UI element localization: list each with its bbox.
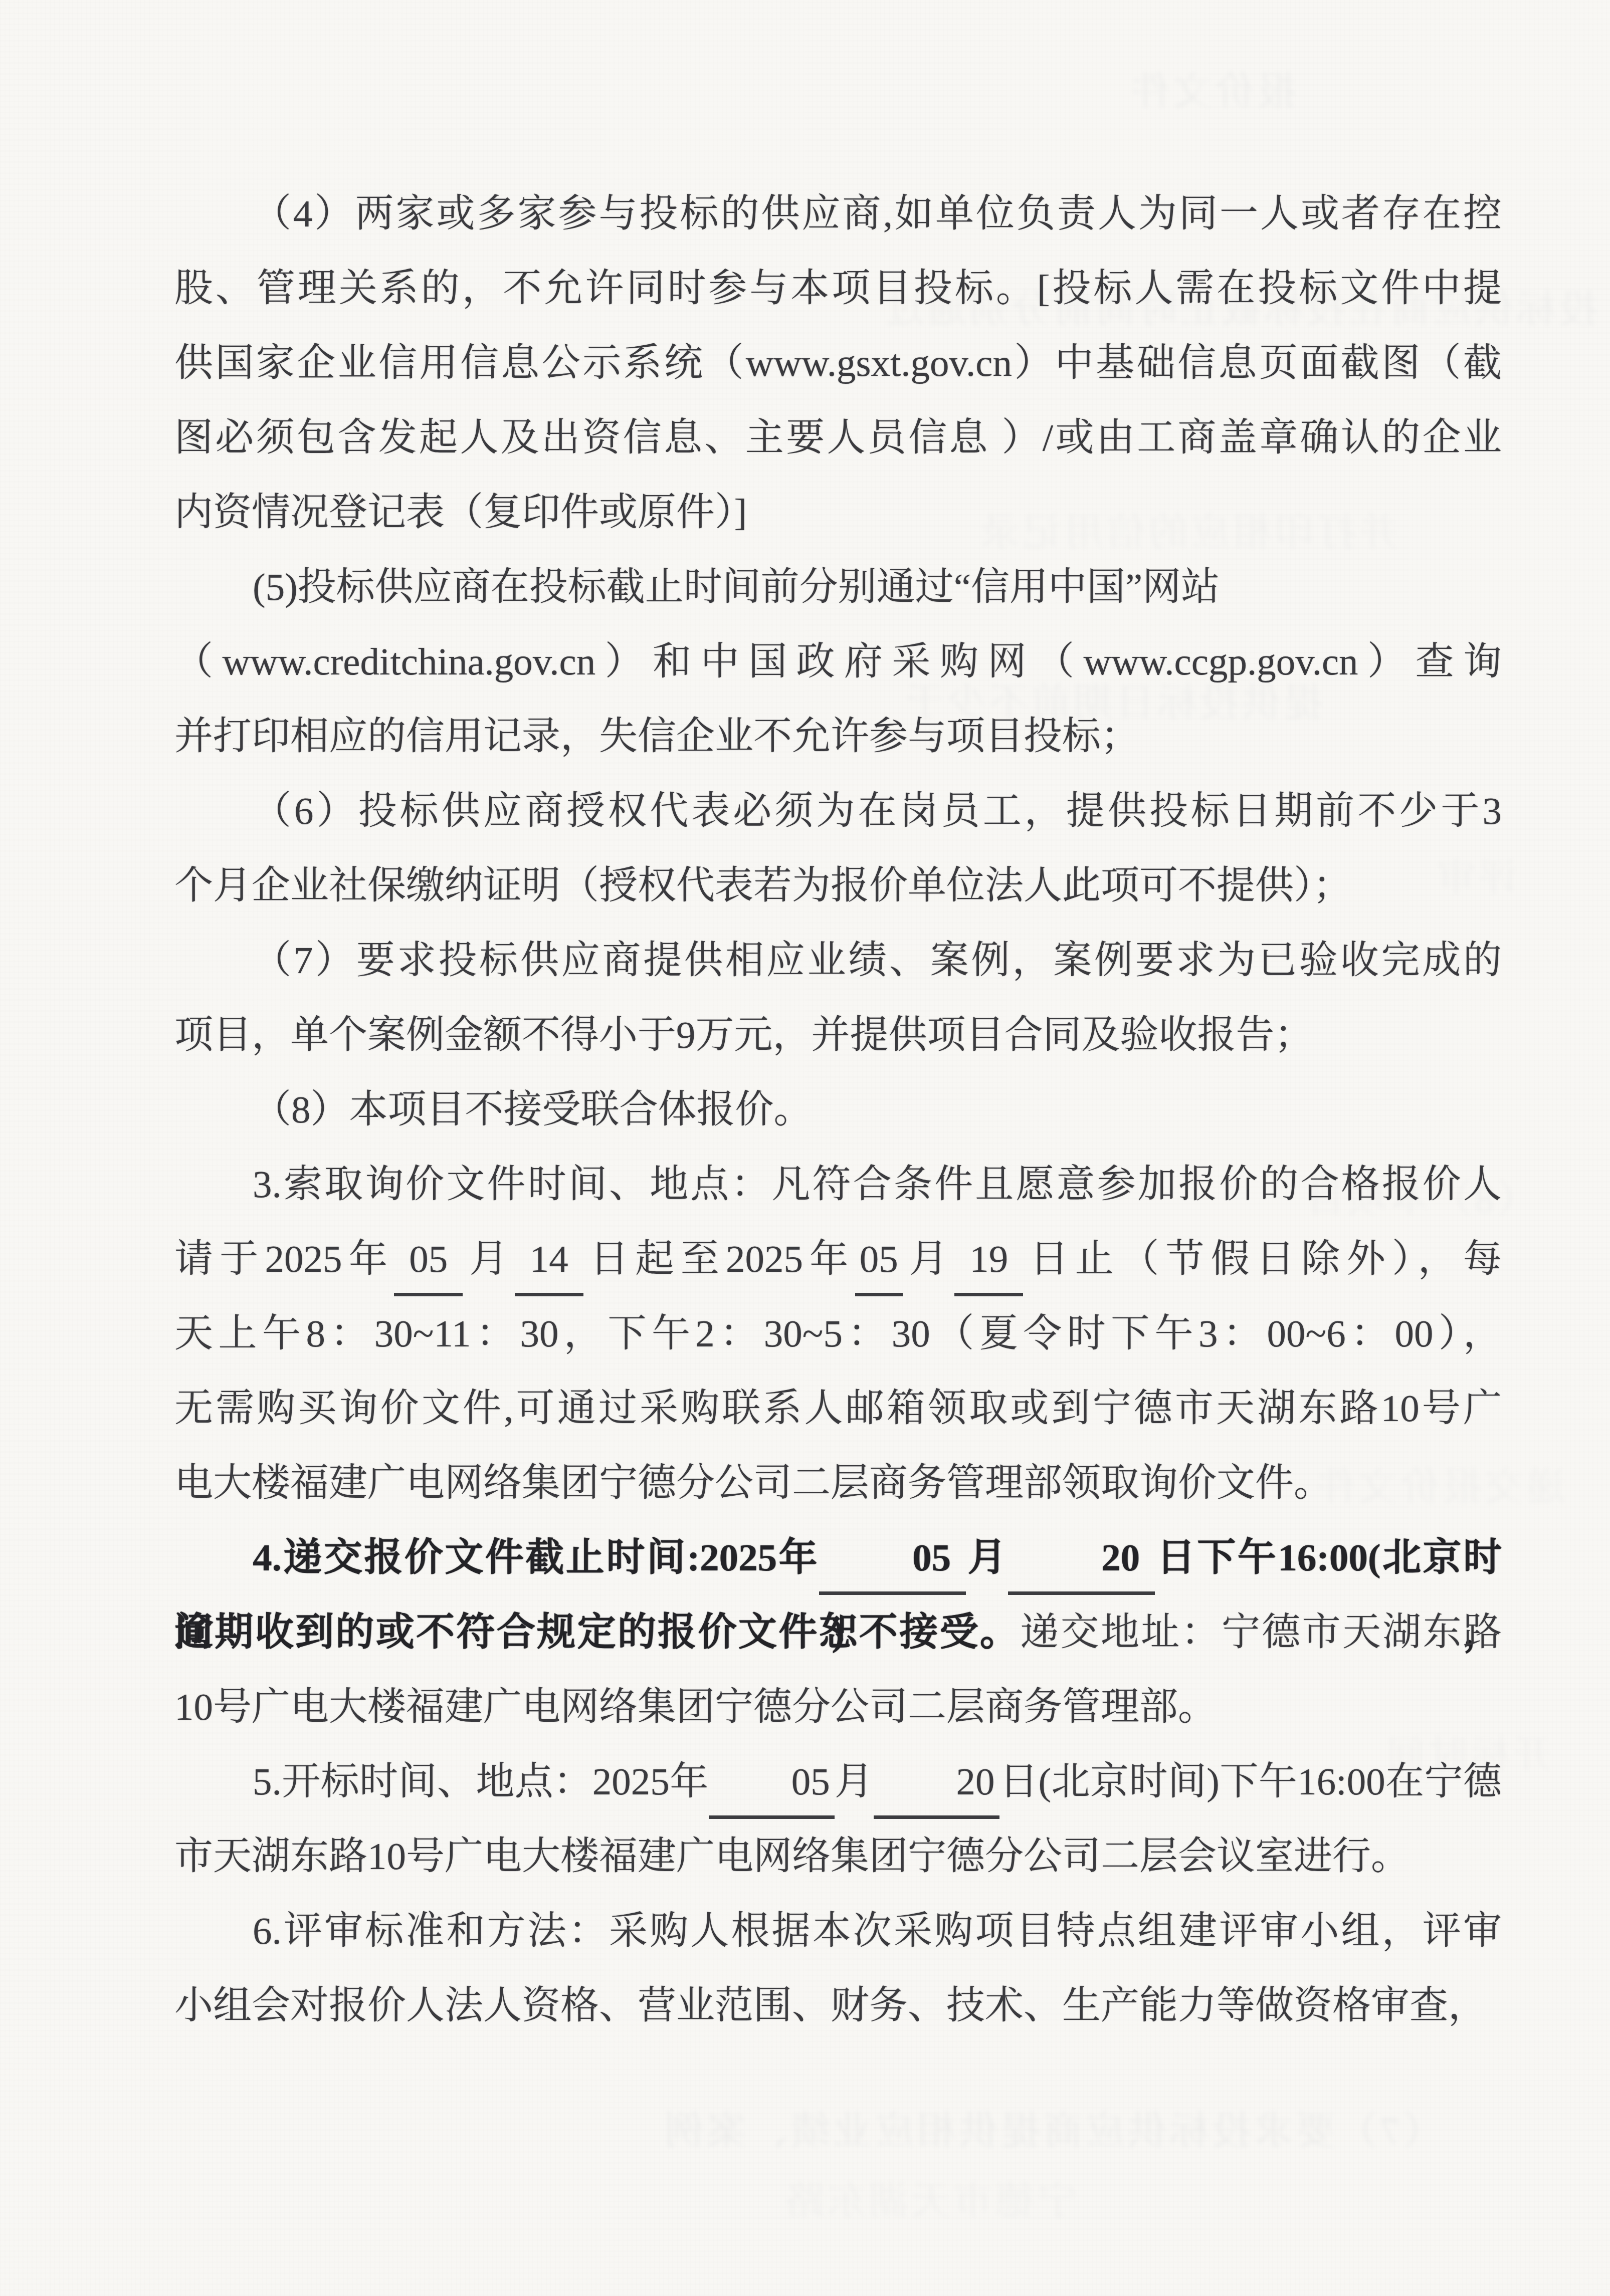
blank-underline-field: 05 — [855, 1225, 903, 1296]
blank-underline-field: 14 — [515, 1225, 583, 1296]
text-line: （6）投标供应商授权代表必须为在岗员工，提供投标日期前不少于3 — [174, 774, 1502, 848]
text-line: 图必须包含发起人及出资信息、主要人员信息 ）/或由工商盖章确认的企业 — [174, 400, 1502, 475]
text-segment: 5.开标时间、地点：2025年 — [253, 1760, 709, 1803]
text-line: 市天湖东路10号广电大楼福建广电网络集团宁德分公司二层会议室进行。 — [174, 1819, 1502, 1894]
text-segment: 图必须包含发起人及出资信息、主要人员信息 ）/或由工商盖章确认的企业 — [174, 416, 1502, 459]
bleedthrough-text: 宁德市天湖东路 — [782, 2170, 1077, 2226]
blank-underline-field: 05 — [709, 1748, 835, 1819]
text-line: 6.评审标准和方法：采购人根据本次采购项目特点组建评审小组，评审 — [174, 1894, 1502, 1968]
text-line: 供国家企业信用信息公示系统（www.gsxt.gov.cn）中基础信息页面截图（… — [174, 326, 1502, 400]
text-segment: （7）要求投标供应商提供相应业绩、案例，案例要求为已验收完成的 — [253, 939, 1502, 982]
text-line: 10号广电大楼福建广电网络集团宁德分公司二层商务管理部。 — [174, 1670, 1502, 1744]
text-segment: 股、管理关系的，不允许同时参与本项目投标。[投标人需在投标文件中提 — [174, 267, 1502, 310]
text-segment: 逾期收到的或不符合规定的报价文件恕不接受。 — [174, 1611, 1020, 1654]
text-line: 逾期收到的或不符合规定的报价文件恕不接受。递交地址：宁德市天湖东路 — [174, 1595, 1502, 1670]
text-segment: 并打印相应的信用记录，失信企业不允许参与项目投标； — [174, 715, 1139, 758]
text-segment: 月 — [463, 1237, 515, 1280]
blank-underline-field: 20 — [1008, 1524, 1155, 1595]
text-segment: 日止（节假日除外），每 — [1023, 1237, 1502, 1280]
text-line: 天上午8：30~11：30，下午2：30~5：30（夏令时下午3：00~6：00… — [174, 1296, 1502, 1371]
text-segment: 项目，单个案例金额不得小于9万元，并提供项目合同及验收报告； — [174, 1013, 1313, 1056]
text-segment: 3.索取询价文件时间、地点：凡符合条件且愿意参加报价的合格报价人 — [253, 1163, 1502, 1206]
text-segment: 无需购买询价文件,可通过采购联系人邮箱领取或到宁德市天湖东路10号广 — [174, 1387, 1502, 1430]
text-line: （www.creditchina.gov.cn）和中国政府采购网（www.ccg… — [174, 624, 1502, 699]
text-segment: 月 — [903, 1237, 955, 1280]
text-line: 小组会对报价人法人资格、营业范围、财务、技术、生产能力等做资格审查， — [174, 1968, 1502, 2043]
text-line: 请于2025年05月14日起至2025年05月19日止（节假日除外），每 — [174, 1222, 1502, 1296]
text-line: (5)投标供应商在投标截止时间前分别通过“信用中国”网站 — [174, 550, 1502, 624]
text-segment: 4.递交报价文件截止时间:2025年 — [253, 1536, 819, 1579]
blank-underline-field: 05 — [819, 1524, 966, 1595]
text-line: 5.开标时间、地点：2025年05月20日(北京时间)下午16:00在宁德 — [174, 1744, 1502, 1819]
bleedthrough-text: 报价文件 — [1128, 60, 1296, 116]
text-segment: 日(北京时间)下午16:00在宁德 — [999, 1760, 1502, 1803]
document-body: （4）两家或多家参与投标的供应商,如单位负责人为同一人或者存在控股、管理关系的，… — [174, 176, 1502, 2043]
text-segment: 供国家企业信用信息公示系统（www.gsxt.gov.cn）中基础信息页面截图（… — [174, 341, 1502, 384]
text-line: （8）本项目不接受联合体报价。 — [174, 1072, 1502, 1147]
text-segment: 日起至2025年 — [583, 1237, 855, 1280]
text-line: 电大楼福建广电网络集团宁德分公司二层商务管理部领取询价文件。 — [174, 1446, 1502, 1520]
text-line: 项目，单个案例金额不得小于9万元，并提供项目合同及验收报告； — [174, 998, 1502, 1072]
text-segment: 电大楼福建广电网络集团宁德分公司二层商务管理部领取询价文件。 — [174, 1461, 1332, 1504]
text-segment: 内资情况登记表（复印件或原件）] — [174, 491, 747, 534]
text-line: 并打印相应的信用记录，失信企业不允许参与项目投标； — [174, 699, 1502, 774]
text-segment: 市天湖东路10号广电大楼福建广电网络集团宁德分公司二层会议室进行。 — [174, 1834, 1410, 1878]
text-segment: （4）两家或多家参与投标的供应商,如单位负责人为同一人或者存在控 — [253, 192, 1502, 235]
text-line: 内资情况登记表（复印件或原件）] — [174, 475, 1502, 550]
text-segment: 小组会对报价人法人资格、营业范围、财务、技术、生产能力等做资格审查， — [174, 1984, 1487, 2027]
text-line: 无需购买询价文件,可通过采购联系人邮箱领取或到宁德市天湖东路10号广 — [174, 1371, 1502, 1446]
blank-underline-field: 19 — [954, 1225, 1023, 1296]
text-segment: 月 — [835, 1760, 874, 1803]
text-segment: （8）本项目不接受联合体报价。 — [253, 1088, 813, 1131]
bleedthrough-text: （7）要求投标供应商提供相应业绩、案例 — [662, 2100, 1442, 2156]
text-segment: 请于2025年 — [174, 1237, 394, 1280]
scanned-page: 报价文件投标供应商在投标截止时间前分别通过并打印相应的信用记录提供投标日期前不少… — [0, 0, 1610, 2296]
text-segment: 6.评审标准和方法：采购人根据本次采购项目特点组建评审小组，评审 — [253, 1909, 1502, 1952]
text-line: （4）两家或多家参与投标的供应商,如单位负责人为同一人或者存在控 — [174, 176, 1502, 251]
text-line: 3.索取询价文件时间、地点：凡符合条件且愿意参加报价的合格报价人 — [174, 1147, 1502, 1222]
text-segment: （www.creditchina.gov.cn）和中国政府采购网（www.ccg… — [174, 640, 1502, 683]
text-segment: （6）投标供应商授权代表必须为在岗员工，提供投标日期前不少于3 — [253, 789, 1502, 832]
text-line: 4.递交报价文件截止时间:2025年05月20日下午16:00(北京时间)， — [174, 1520, 1502, 1595]
text-segment: 月 — [966, 1536, 1008, 1579]
text-line: 股、管理关系的，不允许同时参与本项目投标。[投标人需在投标文件中提 — [174, 251, 1502, 326]
text-line: 个月企业社保缴纳证明（授权代表若为报价单位法人此项可不提供）； — [174, 848, 1502, 923]
text-segment: 10号广电大楼福建广电网络集团宁德分公司二层商务管理部。 — [174, 1685, 1217, 1728]
text-line: （7）要求投标供应商提供相应业绩、案例，案例要求为已验收完成的 — [174, 923, 1502, 998]
blank-underline-field: 20 — [874, 1748, 999, 1819]
text-segment: (5)投标供应商在投标截止时间前分别通过“信用中国”网站 — [253, 565, 1220, 608]
text-segment: 递交地址：宁德市天湖东路 — [1020, 1611, 1502, 1654]
blank-underline-field: 05 — [394, 1225, 463, 1296]
text-segment: 天上午8：30~11：30，下午2：30~5：30（夏令时下午3：00~6：00… — [174, 1312, 1502, 1355]
text-segment: 个月企业社保缴纳证明（授权代表若为报价单位法人此项可不提供）； — [174, 864, 1352, 907]
